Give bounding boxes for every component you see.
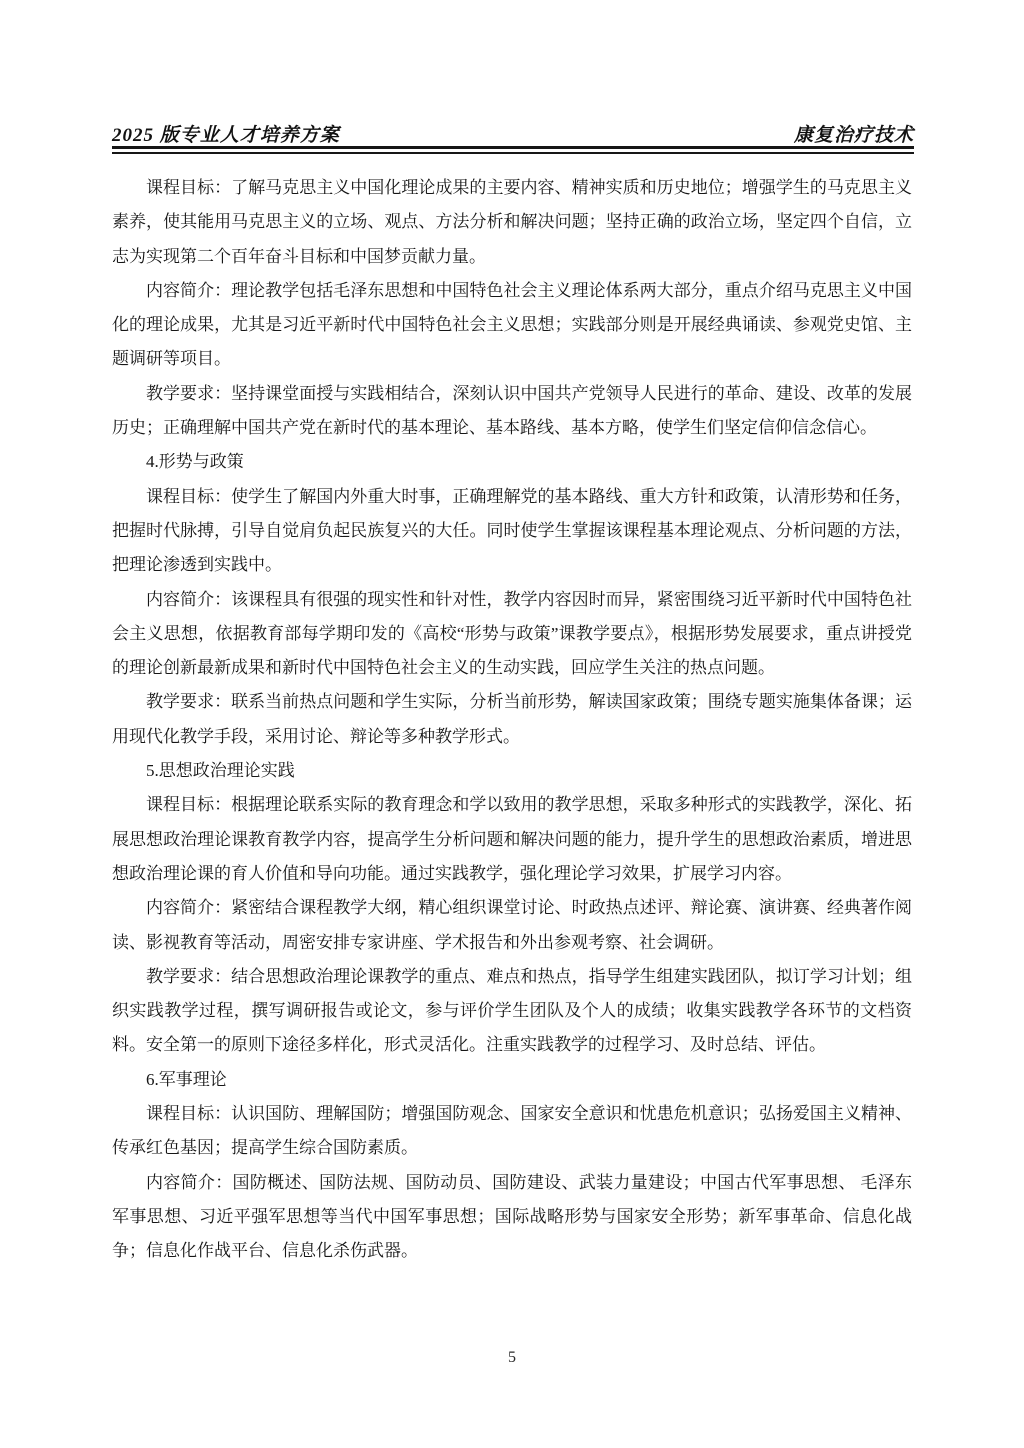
section-heading: 5.思想政治理论实践 [112,754,912,788]
paragraph: 内容简介：该课程具有很强的现实性和针对性，教学内容因时而异，紧密围绕习近平新时代… [112,583,912,686]
paragraph: 教学要求：联系当前热点问题和学生实际，分析当前形势，解读国家政策；围绕专题实施集… [112,685,912,754]
paragraph: 教学要求：结合思想政治理论课教学的重点、难点和热点，指导学生组建实践团队，拟订学… [112,960,912,1063]
header-double-rule [112,146,914,154]
page-header: 2025 版专业人才培养方案 康复治疗技术 [112,120,914,147]
document-page: 2025 版专业人才培养方案 康复治疗技术 课程目标：了解马克思主义中国化理论成… [0,0,1024,1448]
document-body: 课程目标：了解马克思主义中国化理论成果的主要内容、精神实质和历史地位；增强学生的… [112,171,912,1269]
paragraph: 课程目标：认识国防、理解国防；增强国防观念、国家安全意识和忧患危机意识；弘扬爱国… [112,1097,912,1166]
paragraph: 课程目标：根据理论联系实际的教育理念和学以致用的教学思想，采取多种形式的实践教学… [112,788,912,891]
paragraph: 内容简介：紧密结合课程教学大纲，精心组织课堂讨论、时政热点述评、辩论赛、演讲赛、… [112,891,912,960]
paragraph: 课程目标：使学生了解国内外重大时事，正确理解党的基本路线、重大方针和政策，认清形… [112,480,912,583]
section-heading: 4.形势与政策 [112,445,912,479]
header-left-title: 2025 版专业人才培养方案 [112,120,340,147]
section-heading: 6.军事理论 [112,1063,912,1097]
page-footer: 5 [0,1349,1024,1367]
paragraph: 教学要求：坚持课堂面授与实践相结合，深刻认识中国共产党领导人民进行的革命、建设、… [112,377,912,446]
page-number: 5 [508,1349,516,1366]
paragraph: 内容简介：理论教学包括毛泽东思想和中国特色社会主义理论体系两大部分，重点介绍马克… [112,274,912,377]
header-right-title: 康复治疗技术 [794,120,914,147]
paragraph: 内容简介：国防概述、国防法规、国防动员、国防建设、武装力量建设；中国古代军事思想… [112,1166,912,1269]
paragraph: 课程目标：了解马克思主义中国化理论成果的主要内容、精神实质和历史地位；增强学生的… [112,171,912,274]
